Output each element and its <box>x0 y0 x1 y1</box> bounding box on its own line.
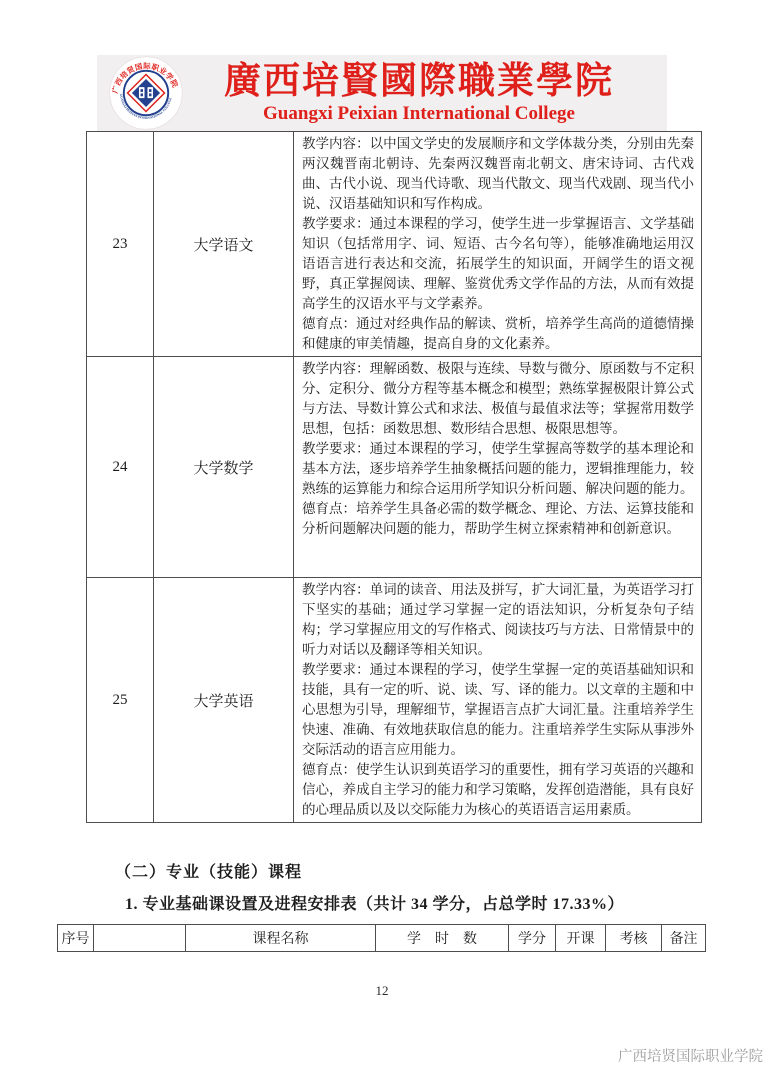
teaching-requirement-paragraph: 教学要求：通过本课程的学习，使学生掌握高等数学的基本理论和基本方法，逐步培养学生… <box>302 439 694 499</box>
table-row: 23 大学语文 教学内容：以中国文学史的发展顺序和文学体裁分类，分别由先秦两汉魏… <box>87 132 702 357</box>
teaching-content-paragraph: 教学内容：单词的读音、用法及拼写，扩大词汇量，为英语学习打下坚实的基础；通过学习… <box>302 580 694 660</box>
course-content: 教学内容：单词的读音、用法及拼写，扩大词汇量，为英语学习打下坚实的基础；通过学习… <box>294 578 702 823</box>
header-cell-hours: 学 时 数 <box>376 925 509 952</box>
course-content: 教学内容：以中国文学史的发展顺序和文学体裁分类，分别由先秦两汉魏晋南北朝诗、先秦… <box>294 132 702 357</box>
header-cell-remarks: 备注 <box>662 925 706 952</box>
schedule-header-row: 序号 课程名称 学 时 数 学分 开课 考核 备注 <box>58 925 706 952</box>
schedule-table: 序号 课程名称 学 时 数 学分 开课 考核 备注 <box>57 924 706 952</box>
header-cell-credits: 学分 <box>509 925 556 952</box>
course-number: 23 <box>87 132 154 357</box>
header-cell-term: 开课 <box>556 925 606 952</box>
college-name-en: Guangxi Peixian International College <box>263 103 575 124</box>
header-cell-course-name: 课程名称 <box>186 925 376 952</box>
college-header-banner: 广西培贤国际职业学院 GUANGXI PEIXIAN INTERNATIONAL… <box>97 55 667 131</box>
header-cell-xuhao: 序号 <box>58 925 94 952</box>
moral-education-paragraph: 德育点：使学生认识到英语学习的重要性，拥有学习英语的兴趣和信心，养成自主学习的能… <box>302 760 694 820</box>
college-title-block: 廣西培賢國際職業學院 Guangxi Peixian International… <box>185 62 667 124</box>
table-row: 25 大学英语 教学内容：单词的读音、用法及拼写，扩大词汇量，为英语学习打下坚实… <box>87 578 702 823</box>
course-description-table: 23 大学语文 教学内容：以中国文学史的发展顺序和文学体裁分类，分别由先秦两汉魏… <box>86 131 702 823</box>
section-heading: （二）专业（技能）课程 <box>115 859 302 882</box>
teaching-requirement-paragraph: 教学要求：通过本课程的学习，使学生掌握一定的英语基础知识和技能，具有一定的听、说… <box>302 660 694 760</box>
table-row: 24 大学数学 教学内容：理解函数、极限与连续、导数与微分、原函数与不定积分、定… <box>87 357 702 578</box>
college-seal-logo: 广西培贤国际职业学院 GUANGXI PEIXIAN INTERNATIONAL… <box>107 56 185 130</box>
teaching-requirement-paragraph: 教学要求：通过本课程的学习，使学生进一步掌握语言、文学基础知识（包括常用字、词、… <box>302 214 694 314</box>
course-name: 大学语文 <box>154 132 294 357</box>
course-content: 教学内容：理解函数、极限与连续、导数与微分、原函数与不定积分、定积分、微分方程等… <box>294 357 702 578</box>
college-seal-icon: 广西培贤国际职业学院 GUANGXI PEIXIAN INTERNATIONAL… <box>107 56 185 130</box>
course-name: 大学英语 <box>154 578 294 823</box>
teaching-content-paragraph: 教学内容：以中国文学史的发展顺序和文学体裁分类，分别由先秦两汉魏晋南北朝诗、先秦… <box>302 134 694 214</box>
page-number: 12 <box>0 983 764 999</box>
course-number: 25 <box>87 578 154 823</box>
section-subheading: 1. 专业基础课设置及进程安排表（共计 34 学分，占总学时 17.33%） <box>125 891 624 914</box>
college-name-zh: 廣西培賢國際職業學院 <box>224 62 614 102</box>
watermark-text: 广西培贤国际职业学院 <box>618 1045 763 1066</box>
teaching-content-paragraph: 教学内容：理解函数、极限与连续、导数与微分、原函数与不定积分、定积分、微分方程等… <box>302 359 694 439</box>
header-cell-assessment: 考核 <box>606 925 662 952</box>
header-cell-blank <box>94 925 186 952</box>
moral-education-paragraph: 德育点：通过对经典作品的解读、赏析，培养学生高尚的道德情操和健康的审美情趣，提高… <box>302 314 694 354</box>
moral-education-paragraph: 德育点：培养学生具备必需的数学概念、理论、方法、运算技能和分析问题解决问题的能力… <box>302 499 694 539</box>
course-number: 24 <box>87 357 154 578</box>
course-name: 大学数学 <box>154 357 294 578</box>
